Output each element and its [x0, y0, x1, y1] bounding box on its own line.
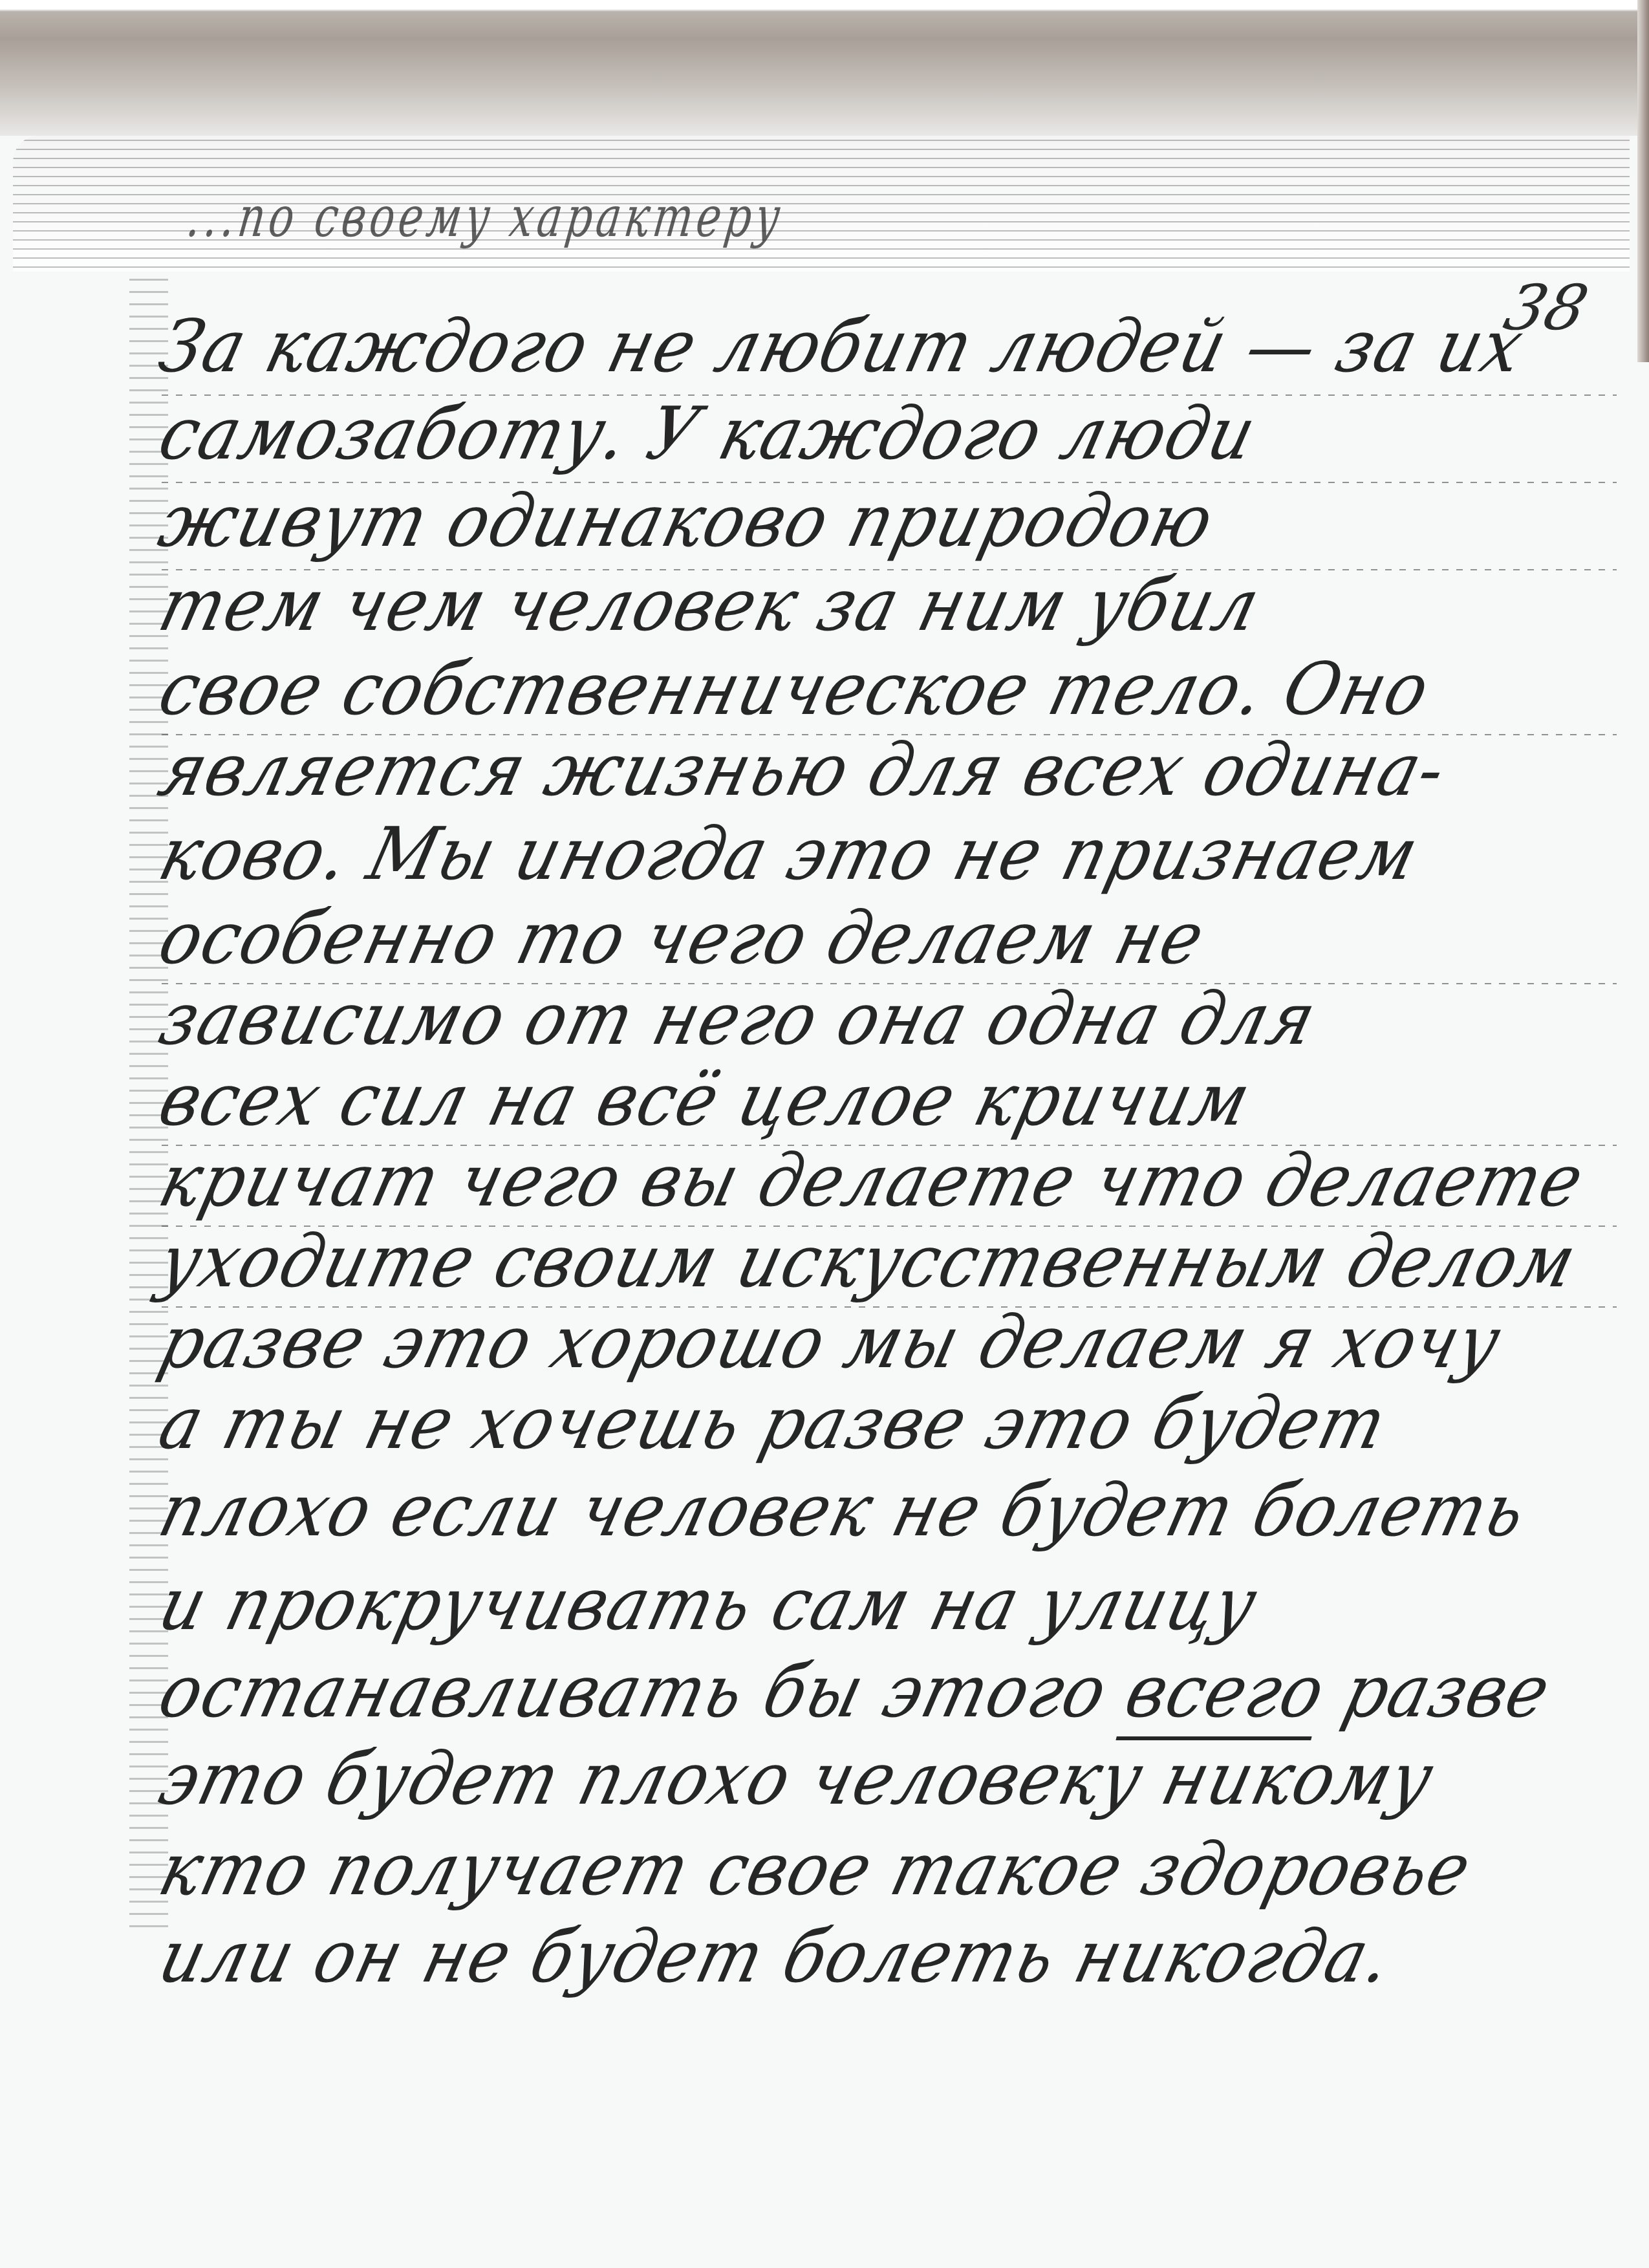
text-line-6: является жизнью для всех одина-	[153, 734, 1509, 806]
text-line-11: кричат чего вы делаете что делаете	[153, 1145, 1509, 1217]
text-line-14: а ты не хочешь разве это будет	[153, 1387, 1509, 1460]
text-line-5: свое собственническое тело. Оно	[153, 653, 1509, 726]
text-line-3: живут одинаково природою	[153, 485, 1509, 557]
text-line-8: особенно то чего делаем не	[153, 902, 1509, 975]
header-partial-line: ...по своему характеру	[183, 186, 1291, 250]
text-line-20: или он не будет болеть никогда.	[153, 1921, 1509, 1993]
text-line-10: всех сил на всё целое кричим	[153, 1064, 1509, 1136]
scanner-edge-right	[1637, 0, 1649, 362]
text-line-16: и прокручивать сам на улицу	[153, 1568, 1509, 1641]
text-line-19: кто получает свое такое здоровье	[153, 1833, 1509, 1906]
text-line-9: зависимо от него она одна для	[153, 983, 1509, 1055]
underlined-word: всего	[1116, 1650, 1334, 1740]
text-line-18: это будет плохо человеку никому	[153, 1743, 1509, 1815]
text-line-7: ково. Мы иногда это не признаем	[153, 818, 1509, 891]
scanner-edge	[0, 0, 1649, 136]
text-line-17: останавливать бы этого всего разве	[153, 1656, 1509, 1728]
text-line-1: За каждого не любит людей — за их	[153, 310, 1509, 383]
text-line-4: тем чем человек за ним убил	[153, 569, 1509, 642]
text-line-15: плохо если человек не будет болеть	[153, 1474, 1509, 1547]
text-line-2: самозаботу. У каждого люди	[153, 398, 1509, 470]
text-line-12: уходите своим искусственным делом	[153, 1226, 1509, 1298]
text-line-13: разве это хорошо мы делаем я хочу	[153, 1306, 1509, 1379]
manuscript-page: За каждого не любит людей — за их самоза…	[162, 304, 1617, 2179]
